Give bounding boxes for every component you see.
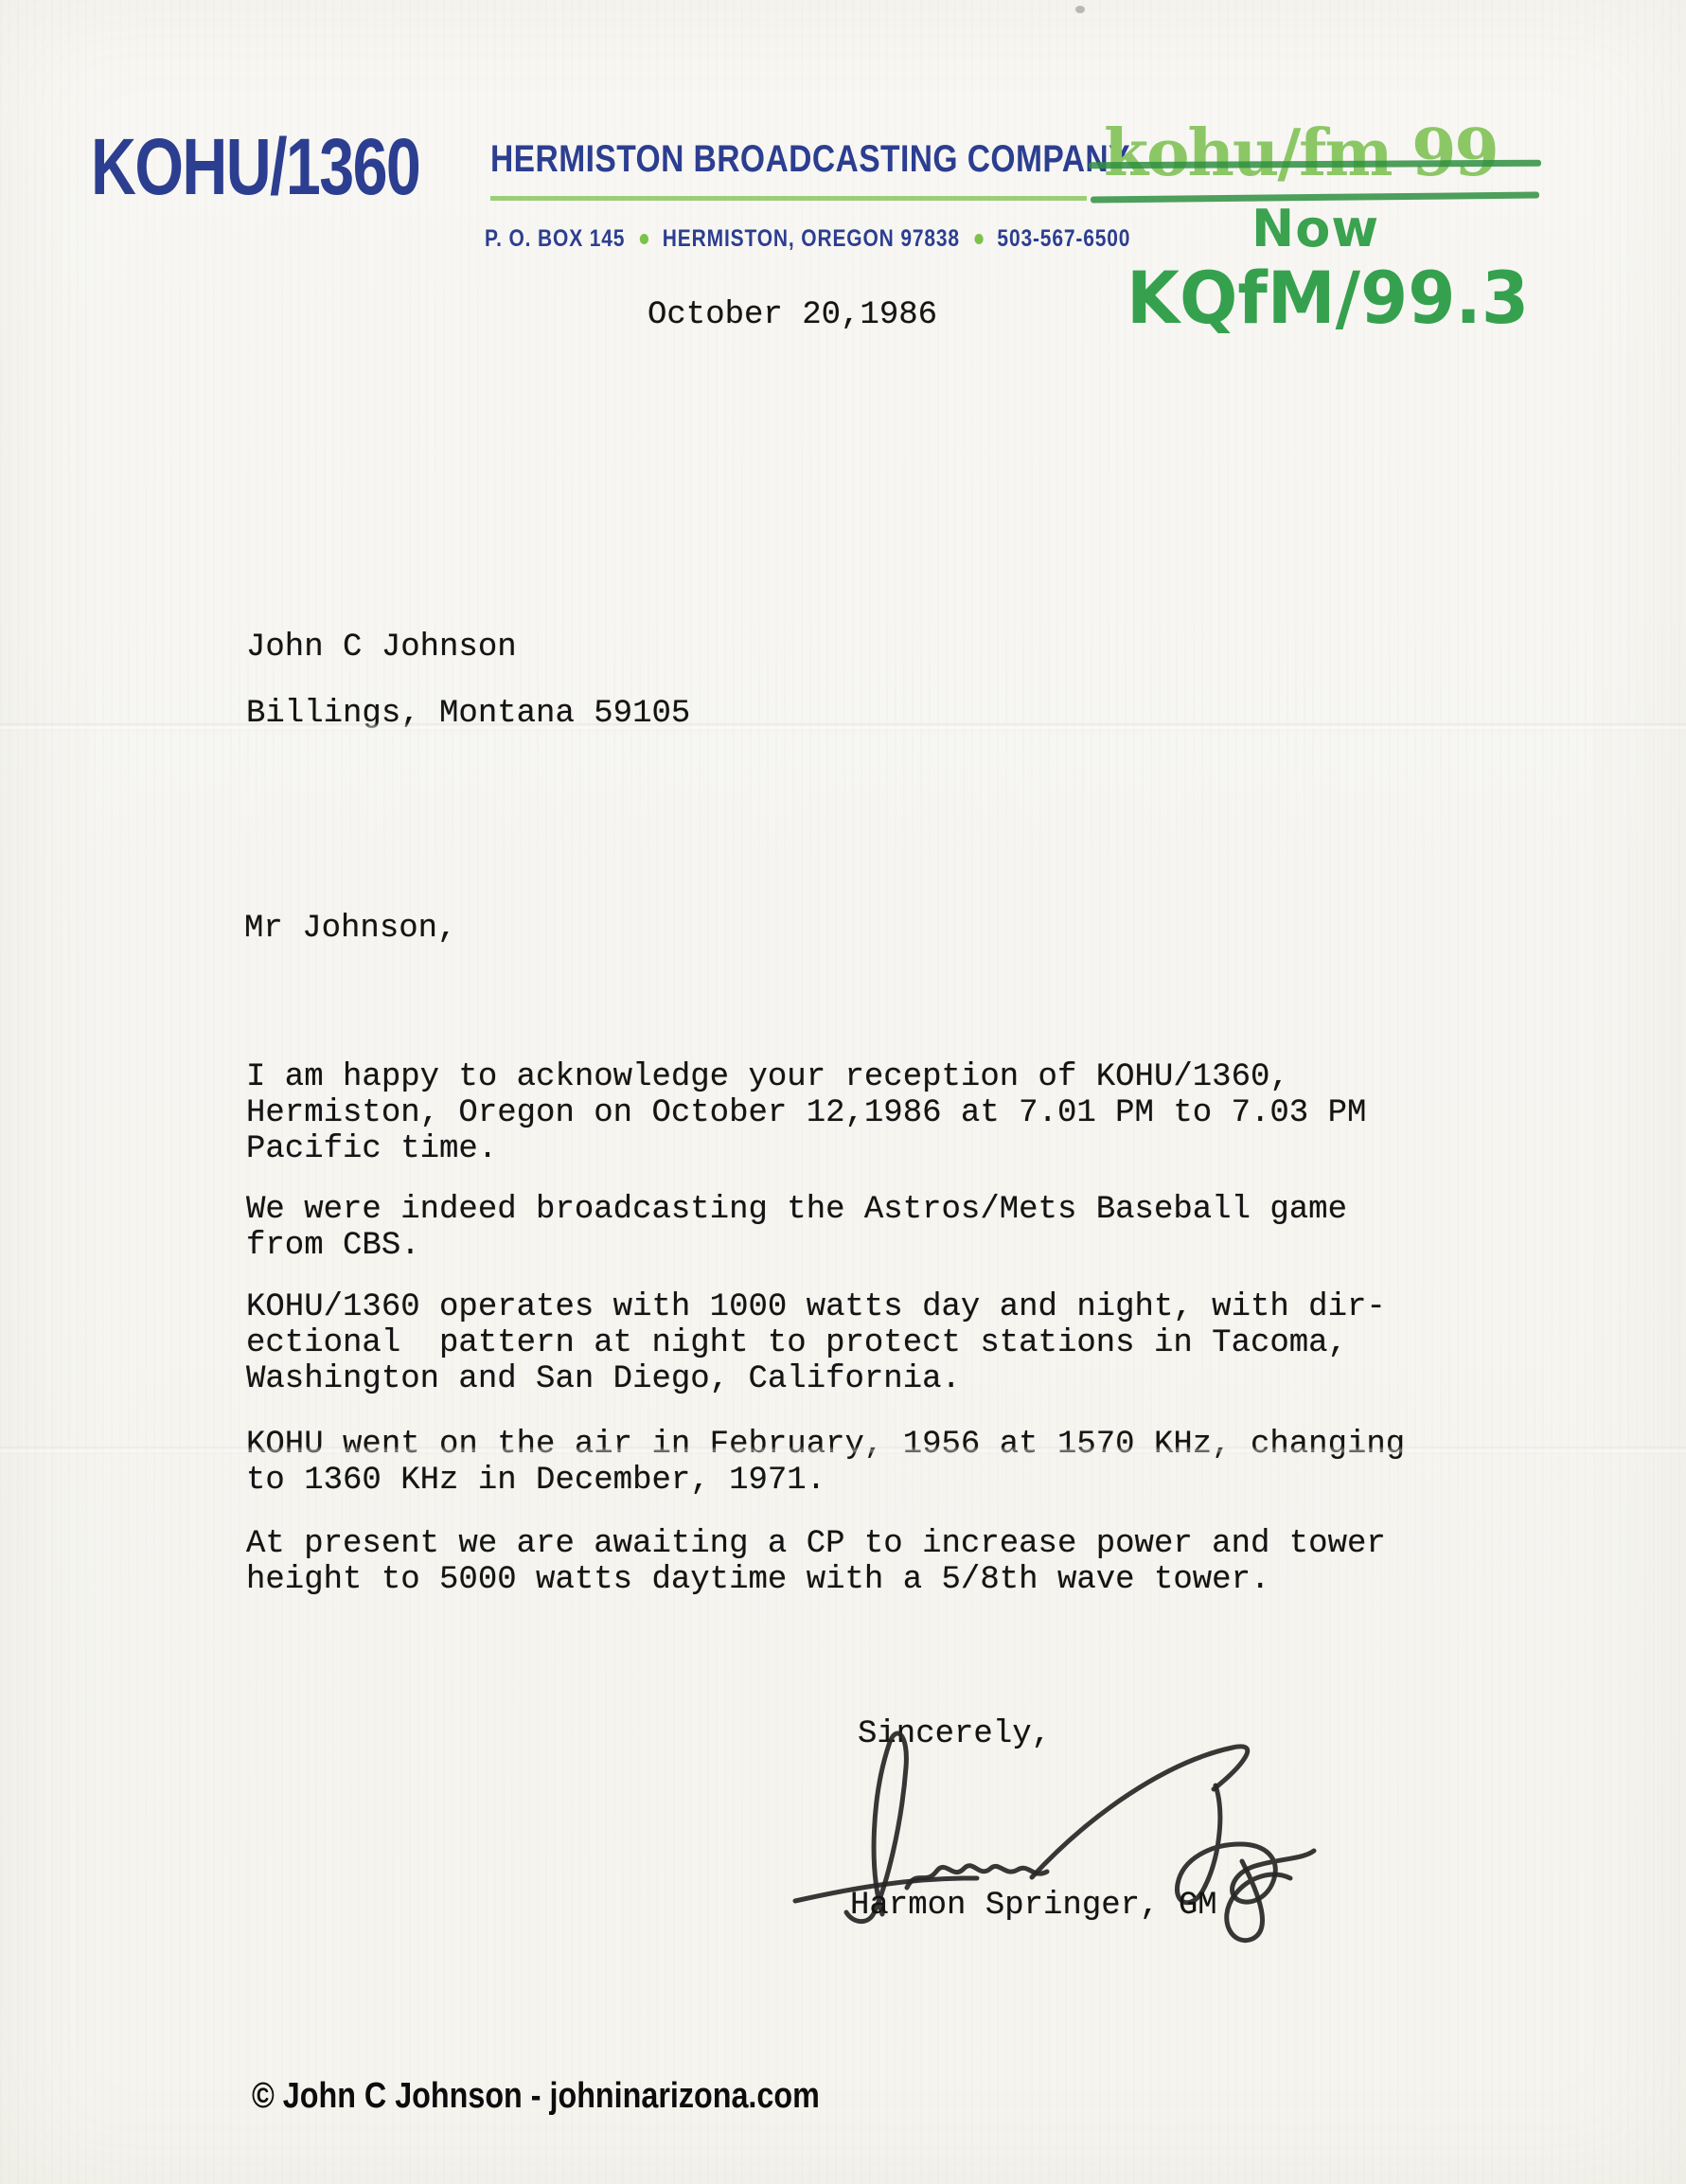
- copyright-credit: © John C Johnson - johninarizona.com: [252, 2076, 820, 2117]
- stamp-now-label: Now: [1251, 199, 1379, 258]
- scanned-letter-page: KOHU/1360 HERMISTON BROADCASTING COMPANY…: [0, 0, 1686, 2184]
- paragraph: KOHU went on the air in February, 1956 a…: [246, 1427, 1405, 1499]
- bullet-dot-icon: [974, 234, 983, 244]
- paragraph: We were indeed broadcasting the Astros/M…: [246, 1192, 1347, 1264]
- letterhead-address: P. O. BOX 145 HERMISTON, OREGON 97838 50…: [485, 225, 1130, 253]
- phone-number: 503-567-6500: [997, 225, 1130, 253]
- recipient-city: Billings, Montana 59105: [246, 696, 690, 732]
- stamp-old-callsign: kohu/fm 99: [1104, 115, 1498, 191]
- salutation: Mr Johnson,: [244, 911, 456, 947]
- bullet-dot-icon: [639, 234, 648, 244]
- paragraph: I am happy to acknowledge your reception…: [246, 1059, 1366, 1167]
- company-underline: [490, 196, 1087, 201]
- po-box: P. O. BOX 145: [485, 225, 625, 253]
- city-state-zip: HERMISTON, OREGON 97838: [663, 225, 960, 253]
- paragraph: KOHU/1360 operates with 1000 watts day a…: [246, 1289, 1386, 1397]
- stamp-new-callsign: KQfM/99.3: [1127, 256, 1529, 340]
- station-logo-text: KOHU/1360: [91, 121, 419, 213]
- paragraph: At present we are awaiting a CP to incre…: [246, 1526, 1386, 1598]
- recipient-name: John C Johnson: [246, 630, 517, 666]
- letter-date: October 20,1986: [648, 297, 937, 333]
- signer-name: Harmon Springer, GM: [850, 1888, 1217, 1924]
- scan-speck: [1075, 6, 1085, 13]
- company-name: HERMISTON BROADCASTING COMPANY: [490, 138, 1130, 181]
